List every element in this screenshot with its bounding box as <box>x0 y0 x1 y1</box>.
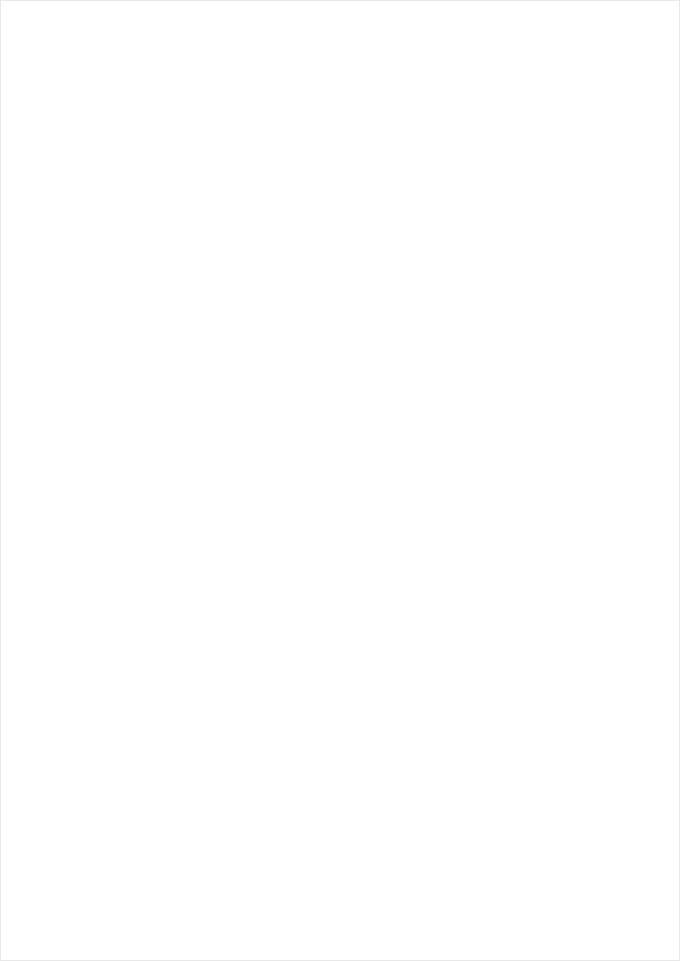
document-page <box>0 0 680 961</box>
